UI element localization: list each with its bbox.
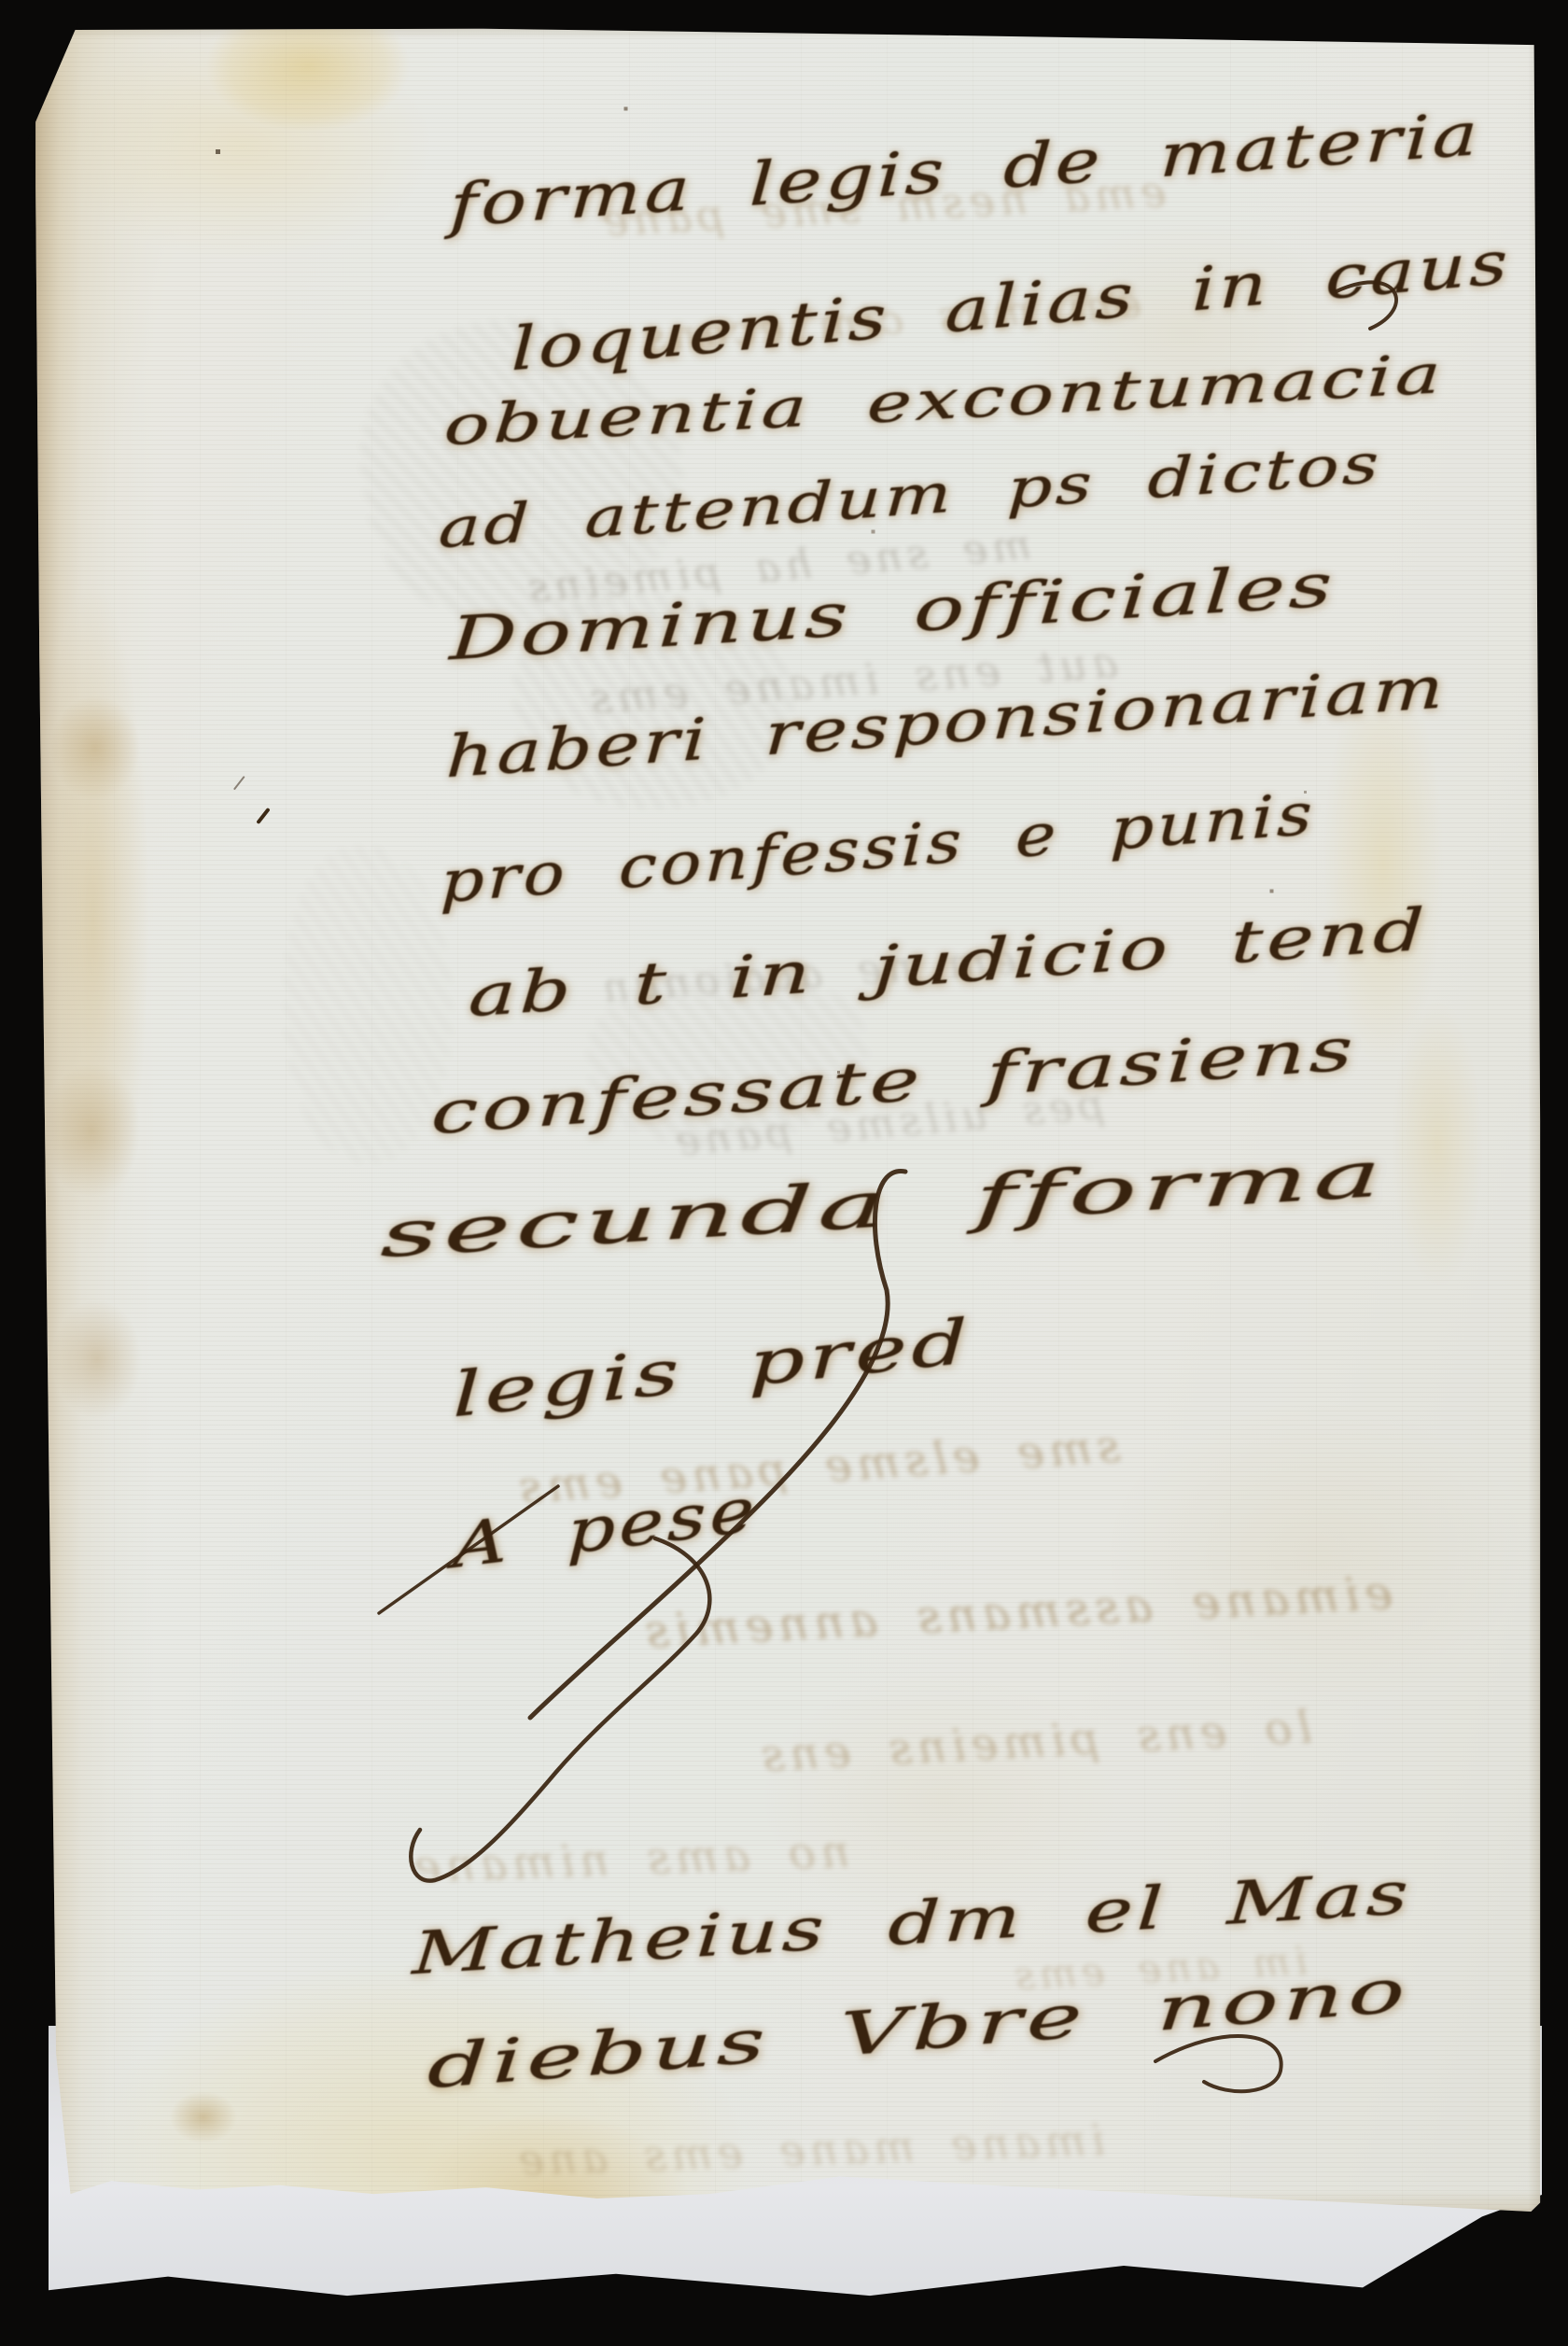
manuscript-scan: ema nesm sme pane eni mas cim ecans me s…	[0, 0, 1568, 2346]
manuscript-page: ema nesm sme pane eni mas cim ecans me s…	[28, 24, 1545, 2218]
